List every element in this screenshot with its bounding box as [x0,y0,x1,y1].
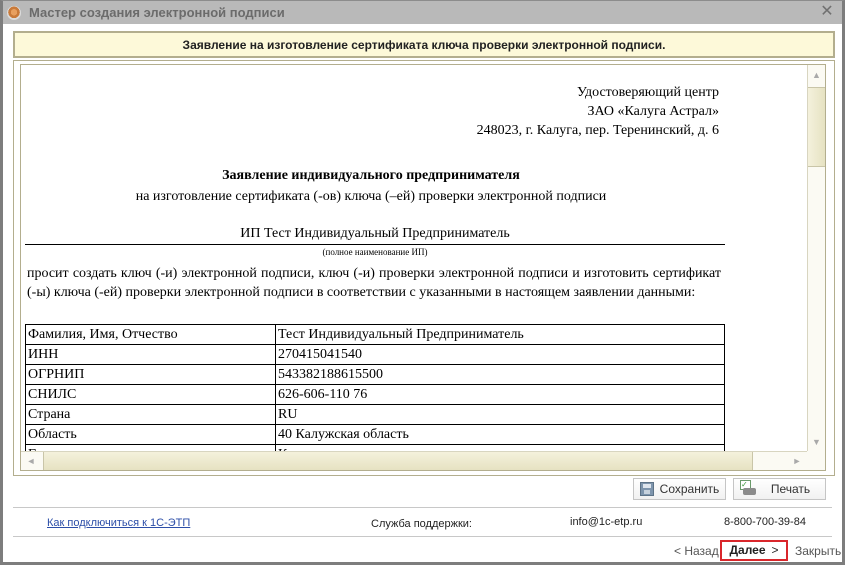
field-name: Область [26,425,276,445]
field-value: 270415041540 [276,345,725,365]
banner-text: Заявление на изготовление сертификата кл… [183,38,666,52]
chevron-right-icon: > [772,543,779,557]
title-bar: Мастер создания электронной подписи ✕ [3,1,842,24]
support-label: Служба поддержки: [371,518,472,530]
close-button[interactable]: Закрыть [795,544,841,558]
save-button[interactable]: Сохранить [633,478,726,500]
document-page: Удостоверяющий центр ЗАО «Калуга Астрал»… [21,65,807,452]
divider [13,507,832,508]
next-button-label: Далее [729,543,765,557]
vertical-scroll-thumb[interactable] [808,87,825,167]
field-value: Тест Индивидуальный Предприниматель [276,325,725,345]
scroll-corner [807,451,825,470]
table-row: СНИЛС626-606-110 76 [26,385,725,405]
support-phone: 8-800-700-39-84 [724,516,806,528]
recipient-line: ЗАО «Калуга Астрал» [477,102,719,121]
field-name: ОГРНИП [26,365,276,385]
recipient-line: Удостоверяющий центр [477,83,719,102]
field-value: 543382188615500 [276,365,725,385]
table-row: Область40 Калужская область [26,425,725,445]
help-link[interactable]: Как подключиться к 1С-ЭТП [47,517,190,529]
table-row: ИНН270415041540 [26,345,725,365]
field-name: Фамилия, Имя, Отчество [26,325,276,345]
print-button[interactable]: Печать [733,478,826,500]
company-name-hint: (полное наименование ИП) [25,247,725,257]
window-title: Мастер создания электронной подписи [29,5,285,20]
document-title-sub: на изготовление сертификата (-ов) ключа … [21,186,721,207]
print-button-label: Печать [756,482,825,496]
applicant-data-table: Фамилия, Имя, ОтчествоТест Индивидуальны… [25,324,725,452]
field-name: ИНН [26,345,276,365]
wizard-window: Мастер создания электронной подписи ✕ За… [0,0,845,565]
horizontal-scroll-thumb[interactable] [43,452,753,470]
step-banner: Заявление на изготовление сертификата кл… [13,31,835,58]
support-email: info@1c-etp.ru [570,516,642,528]
field-name: Страна [26,405,276,425]
table-row: Фамилия, Имя, ОтчествоТест Индивидуальны… [26,325,725,345]
vertical-scrollbar[interactable]: ▲ ▼ [807,65,825,452]
document-frame: Удостоверяющий центр ЗАО «Калуга Астрал»… [13,60,835,476]
table-row: ОГРНИП543382188615500 [26,365,725,385]
divider [13,536,832,537]
scroll-right-icon[interactable]: ► [787,452,807,470]
close-window-button[interactable]: ✕ [818,3,836,21]
request-paragraph: просит создать ключ (-и) электронной под… [27,264,721,302]
recipient-line: 248023, г. Калуга, пер. Теренинский, д. … [477,121,719,140]
scroll-up-icon[interactable]: ▲ [808,65,825,85]
table-row: СтранаRU [26,405,725,425]
field-value: 626-606-110 76 [276,385,725,405]
scroll-left-icon[interactable]: ◄ [21,452,41,470]
next-button[interactable]: Далее> [720,540,788,561]
recipient-address: Удостоверяющий центр ЗАО «Калуга Астрал»… [477,83,719,140]
scroll-down-icon[interactable]: ▼ [808,432,825,452]
document-title: Заявление индивидуального предпринимател… [21,165,721,207]
floppy-disk-icon [640,482,654,496]
company-name: ИП Тест Индивидуальный Предприниматель [25,225,725,245]
field-name: СНИЛС [26,385,276,405]
back-button[interactable]: < Назад [674,544,719,558]
save-button-label: Сохранить [654,482,725,496]
field-value: 40 Калужская область [276,425,725,445]
document-viewer: Удостоверяющий центр ЗАО «Калуга Астрал»… [20,64,826,471]
horizontal-scrollbar[interactable]: ◄ ► [21,451,807,470]
printer-icon [740,482,756,496]
document-title-main: Заявление индивидуального предпринимател… [21,165,721,186]
field-value: RU [276,405,725,425]
app-logo-icon [7,6,21,20]
